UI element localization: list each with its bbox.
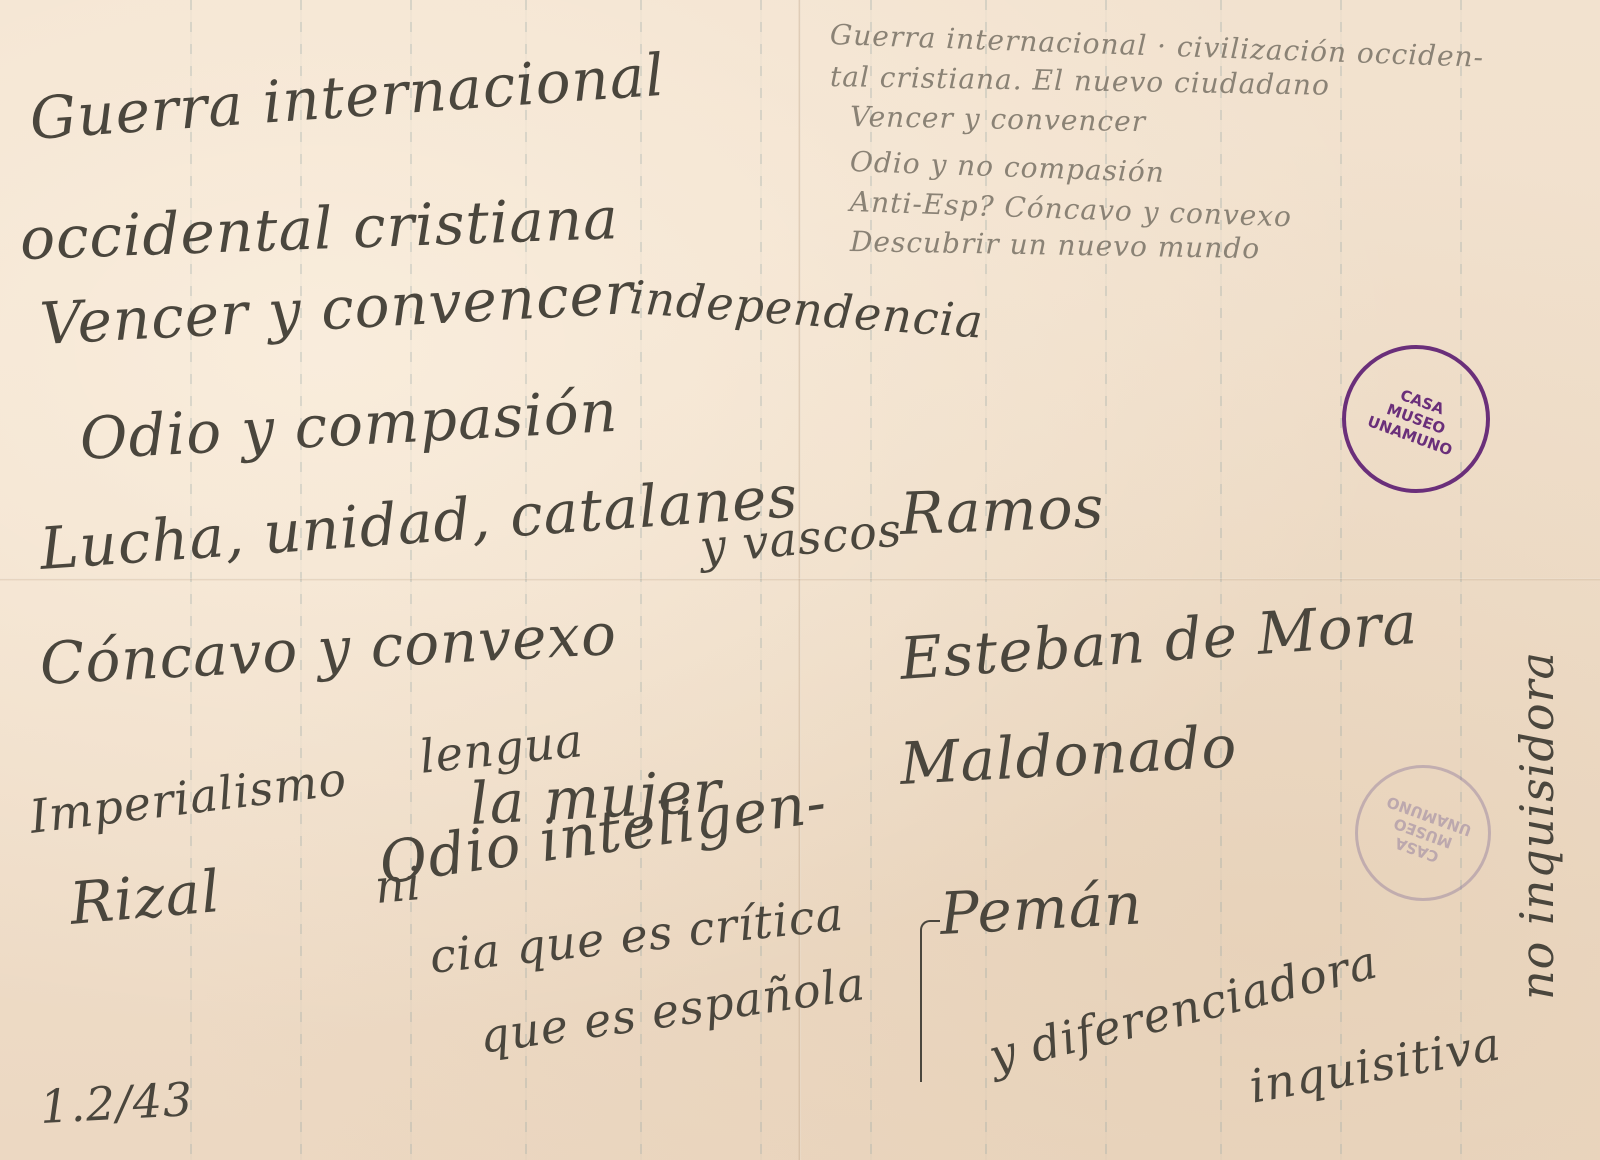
manuscript-page: Guerra internacional · civilización occi… (0, 0, 1600, 1160)
summary-line: Odio y no compasión (849, 145, 1165, 189)
name-entry: Pemán (938, 869, 1144, 948)
museum-stamp: CASA MUSEO UNAMUNO (1342, 345, 1490, 493)
note-line: Rizal (67, 857, 223, 938)
note-line: Vencer y convencer (38, 259, 635, 358)
note-line: Cóncavo y convexo (38, 600, 618, 698)
summary-line: tal cristiana. El nuevo ciudadano (830, 60, 1330, 102)
summary-line: Vencer y convencer (850, 100, 1147, 138)
stamp-text: CASA MUSEO UNAMUNO (1371, 792, 1474, 874)
museum-stamp-ghost: CASA MUSEO UNAMUNO (1355, 765, 1491, 901)
stamp-text: CASA MUSEO UNAMUNO (1364, 378, 1467, 460)
note-line: independencia (628, 270, 985, 349)
brace-mark (920, 920, 940, 1082)
vertical-note: no inquisidora (1510, 651, 1564, 1000)
name-entry: Maldonado (898, 712, 1239, 798)
note-line: Guerra internacional (28, 41, 667, 153)
note-line: Lucha, unidad, catalanes (38, 462, 801, 583)
note-date: 1.2/43 (39, 1072, 195, 1134)
name-entry: Ramos (899, 473, 1106, 548)
note-line: inquisitiva (1245, 1016, 1505, 1113)
summary-line: Descubrir un nuevo mundo (850, 225, 1261, 265)
note-line: Odio y compasión (78, 377, 619, 473)
note-line: occidental cristiana (19, 184, 620, 273)
horizontal-fold-line (0, 578, 1600, 581)
